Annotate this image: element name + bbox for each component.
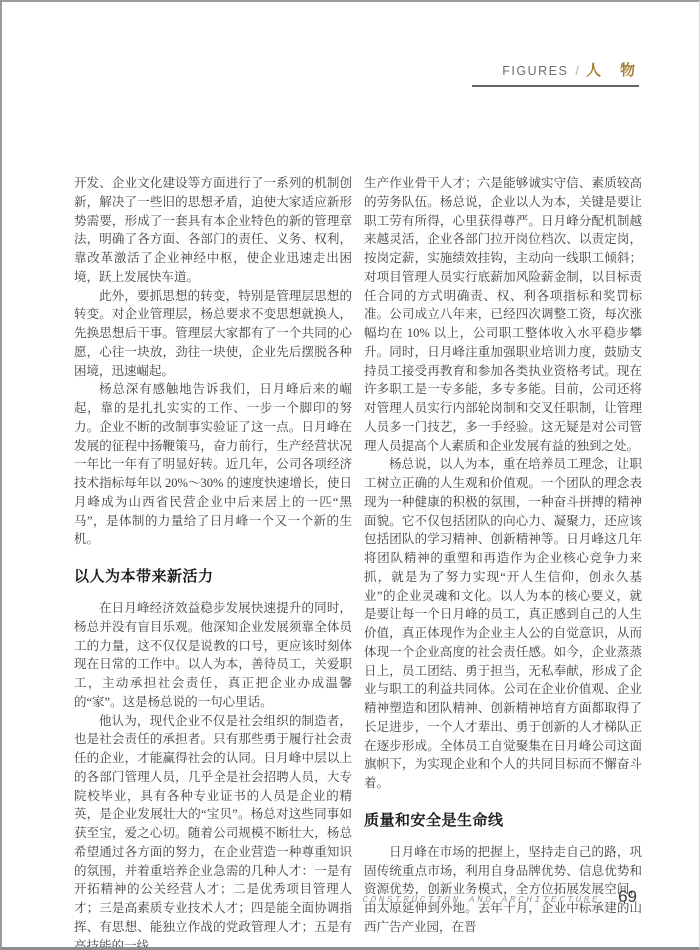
article-body: 开发、企业文化建设等方面进行了一系列的机制创新，解决了一些旧的思想矛盾，迫使大家… [2,174,700,950]
section-heading-people-first: 以人为本带来新活力 [74,566,352,587]
paragraph: 他认为，现代企业不仅是社会组织的制造者，也是社会责任的承担者。只有那些勇于履行社… [74,712,352,950]
section-heading-quality-safety: 质量和安全是生命线 [364,810,642,831]
magazine-page: FIGURES / 人 物 开发、企业文化建设等方面进行了一系列的机制创新，解决… [0,0,700,950]
header-section-chinese: 人 物 [586,63,637,79]
paragraph: 杨总深有感触地告诉我们，日月峰后来的崛起，靠的是扎扎实实的工作、一步一个脚印的努… [74,380,352,549]
page-footer: CONSTRUCTION AND ARCHITECTURE 69 [362,887,637,907]
right-column: 生产作业骨干人才；六是能够诚实守信、素质较高的劳务队伍。杨总说，企业以人为本，关… [364,174,642,950]
header-separator: / [572,63,582,78]
header-rule: FIGURES / 人 物 [472,59,639,87]
left-column: 开发、企业文化建设等方面进行了一系列的机制创新，解决了一些旧的思想矛盾，迫使大家… [74,174,352,950]
page-header: FIGURES / 人 物 [472,59,639,87]
paragraph-continuation: 开发、企业文化建设等方面进行了一系列的机制创新，解决了一些旧的思想矛盾，迫使大家… [74,174,352,287]
paragraph-continuation: 生产作业骨干人才；六是能够诚实守信、素质较高的劳务队伍。杨总说，企业以人为本，关… [364,174,642,455]
paragraph: 此外，要抓思想的转变，特别是管理层思想的转变。对企业管理层，杨总要求不变思想就换… [74,287,352,381]
paragraph: 杨总说，以人为本，重在培养员工理念，让职工树立正确的人生观和价值观。一个团队的理… [364,455,642,793]
header-section-english: FIGURES [502,64,568,78]
paragraph: 在日月峰经济效益稳步发展快速提升的同时，杨总并没有盲目乐观。他深知企业发展须靠全… [74,599,352,712]
footer-page-number: 69 [618,887,637,907]
footer-journal-name: CONSTRUCTION AND ARCHITECTURE [362,894,600,905]
